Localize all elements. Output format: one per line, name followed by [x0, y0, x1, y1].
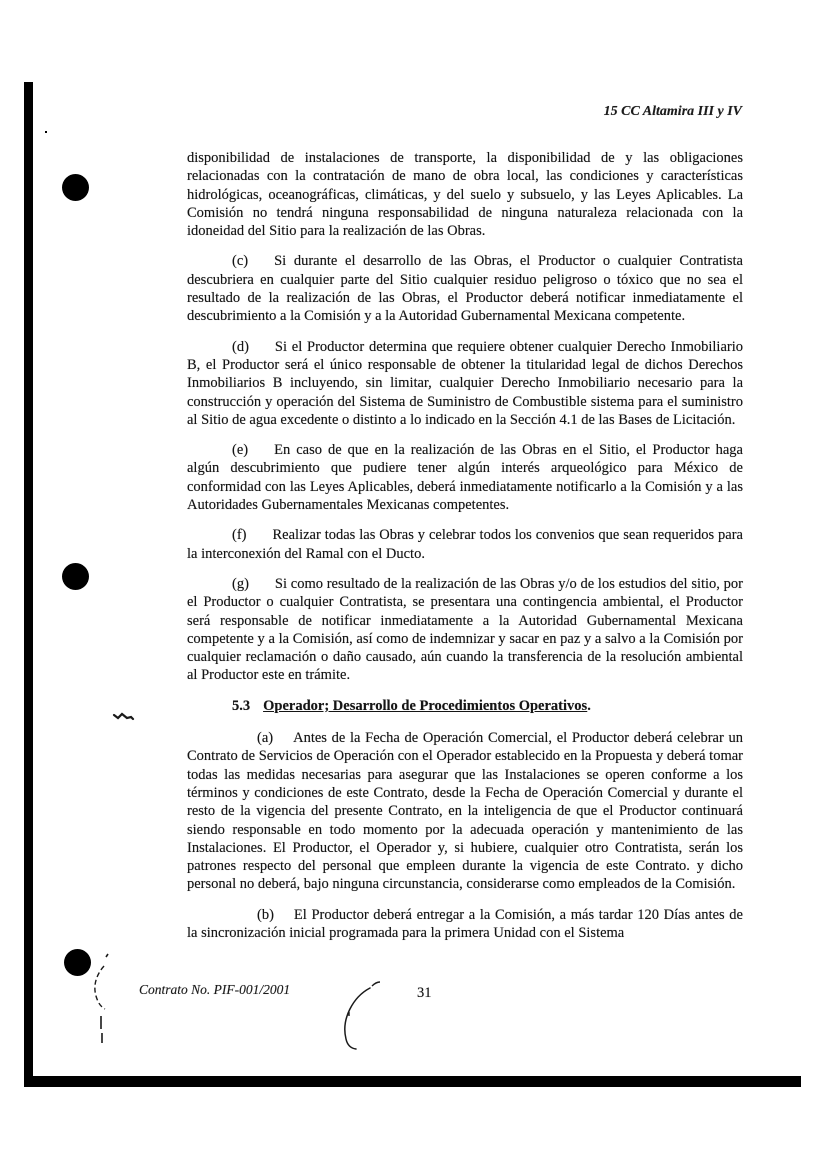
- pen-scribble: [114, 714, 133, 719]
- hole-punch-mark: [62, 563, 89, 590]
- pen-flick: [372, 982, 380, 986]
- scan-speck: [45, 131, 47, 133]
- section-period: .: [587, 698, 591, 714]
- clause-f: (f)Realizar todas las Obras y celebrar t…: [187, 526, 743, 563]
- section-title: Operador; Desarrollo de Procedimientos O…: [263, 698, 587, 714]
- subclause-a: (a)Antes de la Fecha de Operación Comerc…: [187, 729, 743, 894]
- clause-g: (g)Si como resultado de la realización d…: [187, 575, 743, 685]
- clause-text: En caso de que en la realización de las …: [187, 442, 743, 513]
- clause-label: (g): [232, 576, 249, 592]
- document-body: disponibilidad de instalaciones de trans…: [187, 149, 743, 954]
- clause-e: (e)En caso de que en la realización de l…: [187, 441, 743, 514]
- clause-label: (d): [232, 339, 249, 355]
- clause-text: Si como resultado de la realización de l…: [187, 576, 743, 683]
- clause-label: (e): [232, 442, 248, 458]
- clause-text: Si el Productor determina que requiere o…: [187, 339, 743, 428]
- intro-paragraph: disponibilidad de instalaciones de trans…: [187, 149, 743, 240]
- footer-contract-number: Contrato No. PIF-001/2001: [139, 982, 290, 998]
- hole-punch-mark: [64, 949, 91, 976]
- clause-label: (b): [257, 907, 274, 923]
- clause-text: Realizar todas las Obras y celebrar todo…: [187, 527, 743, 561]
- section-heading: 5.3Operador; Desarrollo de Procedimiento…: [187, 697, 743, 715]
- page-header-title: 15 CC Altamira III y IV: [604, 104, 742, 120]
- scanned-page: 15 CC Altamira III y IV disponibilidad d…: [0, 0, 828, 1169]
- pen-tick: [106, 954, 108, 957]
- clause-label: (a): [257, 730, 273, 746]
- scan-border-bottom: [25, 1076, 801, 1087]
- pen-dashes: [101, 1016, 102, 1043]
- section-number: 5.3: [232, 698, 250, 714]
- clause-label: (c): [232, 253, 248, 269]
- hole-punch-mark: [62, 174, 89, 201]
- clause-text: Si durante el desarrollo de las Obras, e…: [187, 253, 743, 324]
- clause-text: Antes de la Fecha de Operación Comercial…: [187, 730, 743, 892]
- subclause-b: (b)El Productor deberá entregar a la Com…: [187, 906, 743, 943]
- clause-label: (f): [232, 527, 247, 543]
- clause-c: (c)Si durante el desarrollo de las Obras…: [187, 252, 743, 325]
- page-number: 31: [417, 985, 432, 1002]
- clause-d: (d)Si el Productor determina que requier…: [187, 338, 743, 429]
- pen-curve-large: [345, 988, 370, 1049]
- scan-border-left: [24, 82, 33, 1087]
- pen-curve-small: [95, 966, 105, 1009]
